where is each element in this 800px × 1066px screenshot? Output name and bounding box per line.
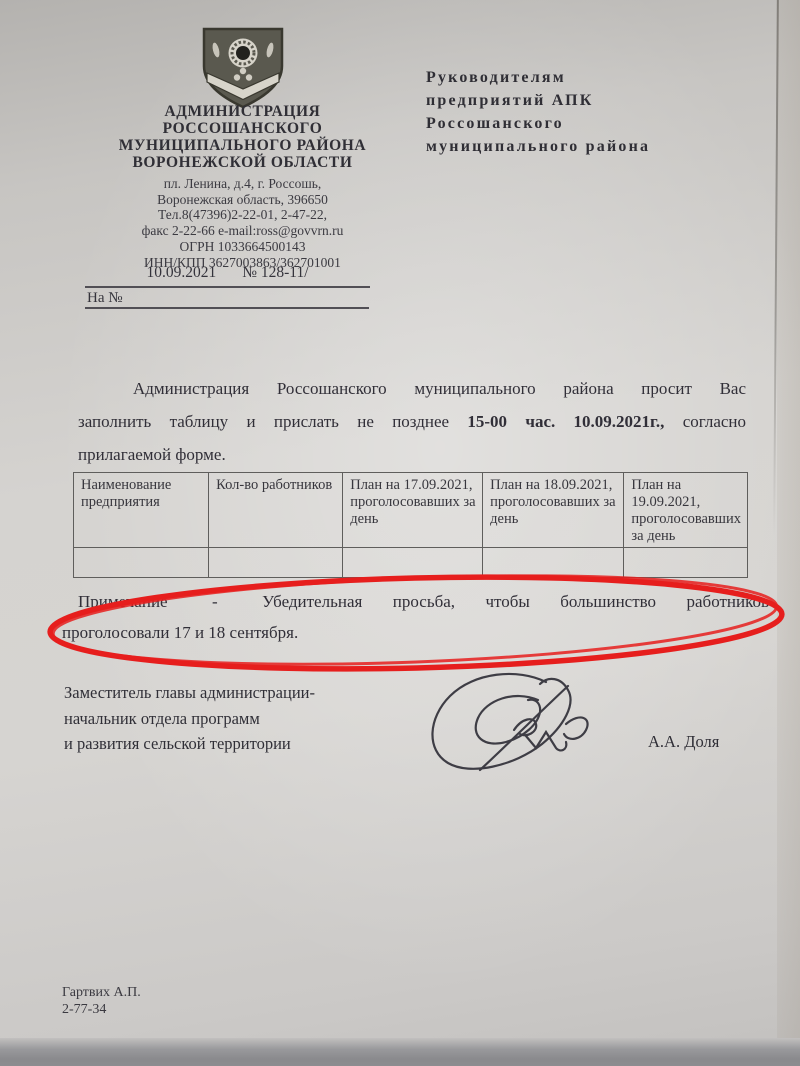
letterhead-org-name: АДМИНИСТРАЦИЯ РОССОШАНСКОГО МУНИЦИПАЛЬНО… [70, 103, 415, 171]
body-paragraph: Администрация Россошанского муниципально… [78, 372, 746, 471]
table-cell-empty [343, 548, 483, 578]
org-address-line: пл. Ленина, д.4, г. Россошь, [70, 176, 415, 192]
executor-block: Гартвих А.П. 2-77-34 [62, 984, 141, 1018]
addressee-line: Россошанского [426, 112, 686, 135]
signer-name: А.А. Доля [648, 732, 719, 752]
background-right-shade [777, 0, 800, 1066]
doc-number: № 128-11/ [242, 264, 308, 281]
org-name-line: МУНИЦИПАЛЬНОГО РАЙОНА [70, 137, 415, 154]
body-text-regular: заполнить таблицу и прислать не позднее [78, 412, 449, 431]
addressee-line: Руководителям [426, 66, 686, 89]
org-address-line: Воронежская область, 396650 [70, 192, 415, 208]
table-header-row: Наименование предприятия Кол-во работник… [74, 473, 748, 548]
table-header-cell: План на 18.09.2021, проголосовавших за д… [483, 473, 624, 548]
note-dash: - [212, 592, 218, 611]
signatory-title-line: и развития сельской территории [64, 731, 404, 757]
executor-phone: 2-77-34 [62, 1001, 141, 1018]
org-fax-email-line: факс 2-22-66 e-mail:ross@govvrn.ru [70, 223, 415, 239]
org-phone-line: Тел.8(47396)2-22-01, 2-47-22, [70, 207, 415, 223]
executor-name: Гартвих А.П. [62, 984, 141, 1001]
report-form-table: Наименование предприятия Кол-во работник… [73, 472, 748, 578]
deadline-bold-text: 15-00 час. 10.09.2021г., [467, 412, 664, 431]
org-name-line: ВОРОНЕЖСКОЙ ОБЛАСТИ [70, 154, 415, 171]
note-line: Примечание - Убедительная просьба, чтобы… [62, 586, 769, 617]
reference-number-line: На № [85, 290, 369, 309]
signatory-title-line: начальник отдела программ [64, 706, 404, 732]
doc-date: 10.09.2021 [146, 264, 216, 281]
note-paragraph: Примечание - Убедительная просьба, чтобы… [62, 586, 769, 648]
ref-label: На № [87, 290, 123, 306]
addressee-line: предприятий АПК [426, 89, 686, 112]
table-cell-empty [74, 548, 209, 578]
addressee-line: муниципального района [426, 135, 686, 158]
signatory-title-block: Заместитель главы администрации- начальн… [64, 680, 404, 757]
table-header-cell: Кол-во работников [209, 473, 343, 548]
org-name-line: АДМИНИСТРАЦИЯ [70, 103, 415, 120]
addressee-block: Руководителям предприятий АПК Россошанск… [426, 66, 686, 158]
table-cell-empty [483, 548, 624, 578]
table-surface-shadow [0, 1038, 800, 1066]
body-line: заполнить таблицу и прислать не позднее … [78, 405, 746, 438]
org-ogrn-line: ОГРН 1033664500143 [70, 239, 415, 255]
coat-of-arms-icon [186, 26, 300, 115]
body-line: Администрация Россошанского муниципально… [78, 372, 746, 405]
table-header-cell: План на 17.09.2021, проголосовавших за д… [343, 473, 483, 548]
table-cell-empty [624, 548, 748, 578]
handwritten-signature [418, 666, 618, 791]
signatory-title-line: Заместитель главы администрации- [64, 680, 404, 706]
note-text: Убедительная просьба, чтобы большинство … [262, 592, 769, 611]
letterhead-contact-block: пл. Ленина, д.4, г. Россошь, Воронежская… [70, 176, 415, 270]
scanned-letter-photo: АДМИНИСТРАЦИЯ РОССОШАНСКОГО МУНИЦИПАЛЬНО… [0, 0, 800, 1066]
table-header-cell: План на 19.09.2021, проголосовавших за д… [624, 473, 748, 548]
date-number-line: 10.09.2021№ 128-11/ [85, 264, 370, 288]
note-label: Примечание [78, 592, 168, 611]
table-cell-empty [209, 548, 343, 578]
body-text-regular: согласно [683, 412, 746, 431]
note-line: проголосовали 17 и 18 сентября. [62, 617, 769, 648]
table-header-cell: Наименование предприятия [74, 473, 209, 548]
body-line: прилагаемой форме. [78, 438, 746, 471]
table-row [74, 548, 748, 578]
org-name-line: РОССОШАНСКОГО [70, 120, 415, 137]
